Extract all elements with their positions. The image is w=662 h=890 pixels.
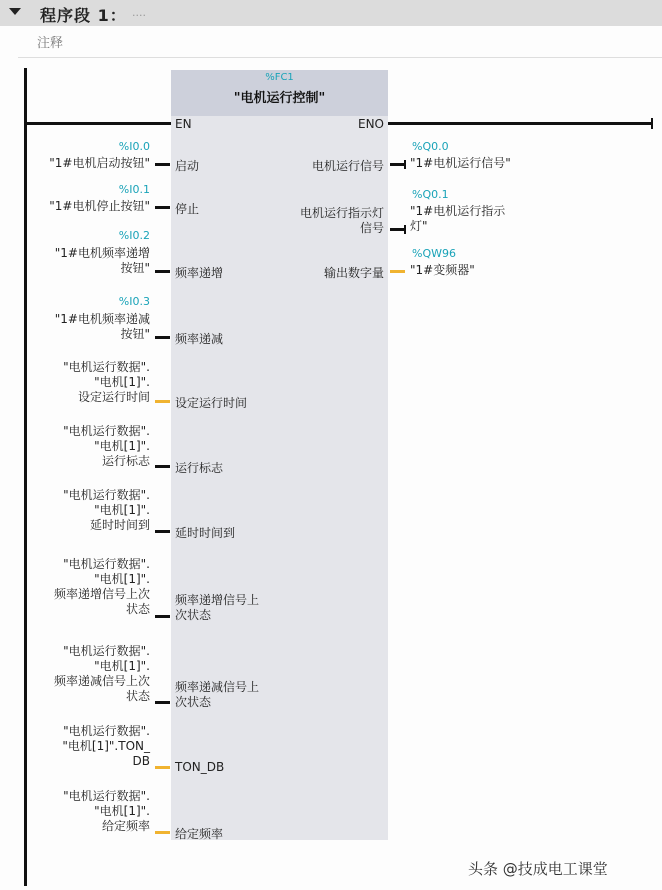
- en-wire: [26, 122, 171, 125]
- input-address[interactable]: %I0.2: [20, 229, 150, 242]
- fc-block-name[interactable]: "电机运行控制": [171, 87, 388, 106]
- input-wire: [155, 400, 170, 403]
- output-pin: 电机运行信号: [260, 157, 384, 174]
- network-title-placeholder[interactable]: ....: [132, 6, 146, 19]
- input-pin: 频率递减: [175, 330, 223, 347]
- input-wire: [155, 163, 170, 166]
- input-tag[interactable]: "1#电机频率递增 按钮": [20, 246, 150, 276]
- coil-terminal: [404, 160, 406, 169]
- input-pin: 频率递增: [175, 264, 223, 281]
- input-wire: [155, 831, 170, 834]
- fc-block-number: %FC1: [171, 72, 388, 83]
- input-tag[interactable]: "电机运行数据". "电机[1]". 频率递增信号上次 状态: [20, 557, 150, 617]
- input-tag[interactable]: "电机运行数据". "电机[1]". 给定频率: [20, 789, 150, 834]
- output-pin: 电机运行指示灯 信号: [260, 206, 384, 236]
- input-wire: [155, 270, 170, 273]
- input-wire: [155, 206, 170, 209]
- input-tag[interactable]: "1#电机停止按钮": [20, 199, 150, 214]
- input-pin: TON_DB: [175, 760, 224, 774]
- output-wire: [390, 270, 405, 273]
- eno-wire-terminal: [651, 118, 653, 129]
- input-tag[interactable]: "电机运行数据". "电机[1]". 频率递减信号上次 状态: [20, 644, 150, 704]
- input-pin: 频率递增信号上 次状态: [175, 593, 295, 623]
- input-wire: [155, 766, 170, 769]
- input-pin: 启动: [175, 157, 199, 174]
- input-tag[interactable]: "1#电机频率递减 按钮": [20, 312, 150, 342]
- input-tag[interactable]: "1#电机启动按钮": [20, 156, 150, 171]
- input-pin: 设定运行时间: [175, 394, 247, 411]
- input-address[interactable]: %I0.3: [20, 295, 150, 308]
- pin-eno: ENO: [300, 117, 384, 131]
- coil-terminal: [404, 225, 406, 234]
- input-wire: [155, 701, 170, 704]
- input-address[interactable]: %I0.1: [20, 183, 150, 196]
- output-address[interactable]: %QW96: [412, 247, 456, 260]
- divider: [18, 57, 662, 58]
- input-pin: 给定频率: [175, 825, 223, 842]
- input-wire: [155, 465, 170, 468]
- input-pin: 延时时间到: [175, 524, 235, 541]
- output-address[interactable]: %Q0.1: [412, 188, 449, 201]
- eno-wire: [388, 122, 653, 125]
- input-tag[interactable]: "电机运行数据". "电机[1]". 设定运行时间: [20, 360, 150, 405]
- input-pin: 频率递减信号上 次状态: [175, 680, 295, 710]
- input-pin: 停止: [175, 200, 199, 217]
- input-wire: [155, 615, 170, 618]
- output-tag[interactable]: "1#电机运行信号": [410, 156, 560, 171]
- output-tag[interactable]: "1#变频器": [410, 263, 560, 278]
- input-tag[interactable]: "电机运行数据". "电机[1]". 延时时间到: [20, 488, 150, 533]
- output-tag[interactable]: "1#电机运行指示 灯": [410, 204, 560, 234]
- triangle-down-icon[interactable]: [9, 8, 21, 15]
- input-address[interactable]: %I0.0: [20, 140, 150, 153]
- output-wire: [390, 228, 405, 231]
- input-tag[interactable]: "电机运行数据". "电机[1]".TON_ DB: [20, 724, 150, 769]
- watermark: 头条 @技成电工课堂: [468, 858, 608, 879]
- input-pin: 运行标志: [175, 459, 223, 476]
- network-comment[interactable]: 注释: [37, 32, 63, 51]
- output-pin: 输出数字量: [260, 264, 384, 281]
- pin-en: EN: [175, 117, 192, 131]
- input-tag[interactable]: "电机运行数据". "电机[1]". 运行标志: [20, 424, 150, 469]
- output-wire: [390, 163, 405, 166]
- output-address[interactable]: %Q0.0: [412, 140, 449, 153]
- input-wire: [155, 530, 170, 533]
- input-wire: [155, 336, 170, 339]
- network-title: 程序段 1：: [40, 3, 127, 26]
